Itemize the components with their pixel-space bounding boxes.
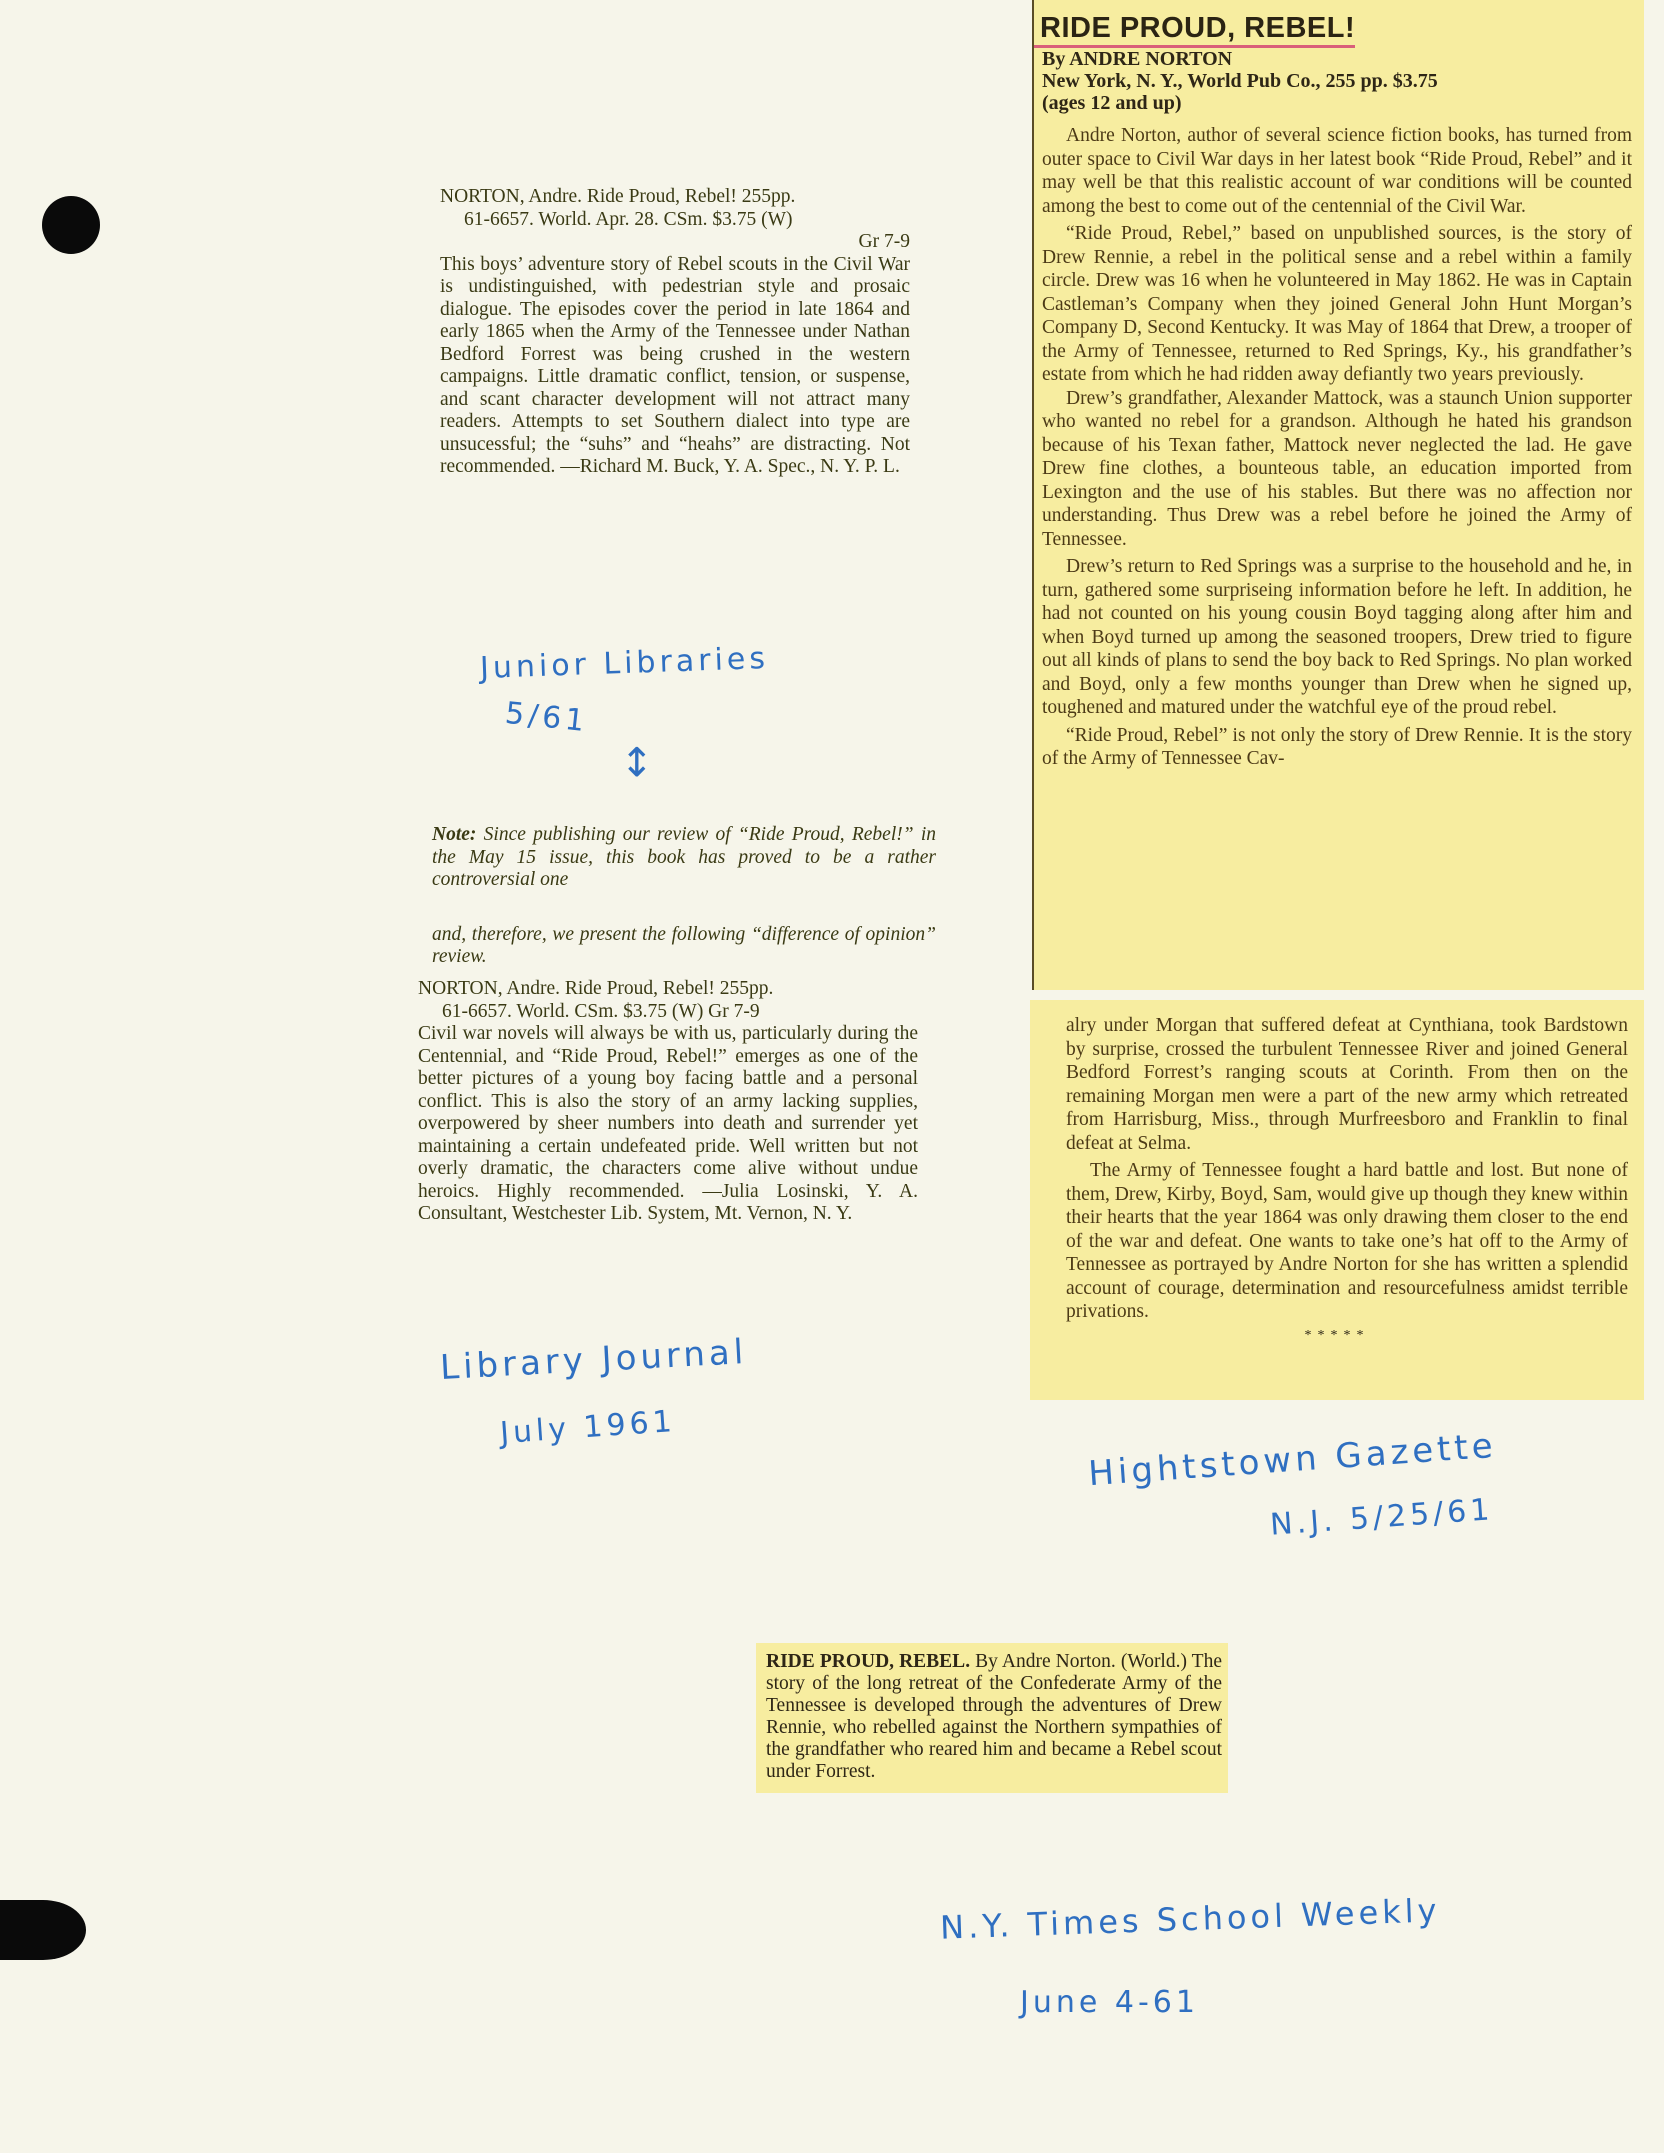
gazette-byline: By ANDRE NORTON: [1034, 48, 1644, 70]
review-catalog-line: 61-6657. World. Apr. 28. CSm. $3.75 (W): [440, 209, 910, 232]
gazette-title: RIDE PROUD, REBEL!: [1034, 0, 1355, 48]
review-heading: NORTON, Andre. Ride Proud, Rebel! 255pp.: [418, 978, 918, 1001]
handwritten-source-junior-libraries: Junior Libraries: [479, 641, 769, 686]
handwritten-source-nyt: N.Y. Times School Weekly: [939, 1891, 1441, 1946]
nyt-clipping: RIDE PROUD, REBEL. By Andre Norton. (Wor…: [756, 1643, 1228, 1793]
handwritten-date-nyt: June 4-61: [1020, 1985, 1199, 2020]
end-mark: *****: [1030, 1328, 1644, 1344]
gazette-paragraph: alry under Morgan that suffered defeat a…: [1066, 1014, 1628, 1155]
library-journal-review-2: NORTON, Andre. Ride Proud, Rebel! 255pp.…: [418, 978, 918, 1226]
handwritten-source-gazette: Hightstown Gazette: [1087, 1426, 1498, 1494]
handwritten-date-gazette: N.J. 5/25/61: [1269, 1492, 1494, 1543]
grade-level: Gr 7-9: [440, 231, 910, 254]
review-body: Civil war novels will always be with us,…: [418, 1023, 918, 1226]
gazette-clipping: RIDE PROUD, REBEL! By ANDRE NORTON New Y…: [1032, 0, 1644, 990]
note-continuation: and, therefore, we present the following…: [432, 924, 936, 969]
gazette-paragraph: “Ride Proud, Rebel,” based on unpublishe…: [1042, 222, 1632, 387]
gazette-paragraph: “Ride Proud, Rebel” is not only the stor…: [1042, 724, 1632, 771]
review-catalog-line: 61-6657. World. CSm. $3.75 (W) Gr 7-9: [418, 1001, 918, 1024]
binder-hole-top: [42, 196, 100, 254]
gazette-paragraph: Drew’s grandfather, Alexander Mattock, w…: [1042, 387, 1632, 552]
gazette-paragraph: Drew’s return to Red Springs was a surpr…: [1042, 555, 1632, 720]
review-body: This boys’ adventure story of Rebel scou…: [440, 254, 910, 479]
review-heading: NORTON, Andre. Ride Proud, Rebel! 255pp.: [440, 186, 910, 209]
handwritten-date-junior-libraries: 5/61: [503, 696, 590, 740]
editor-note: Note: Since publishing our review of “Ri…: [432, 824, 936, 969]
library-journal-review-1: NORTON, Andre. Ride Proud, Rebel! 255pp.…: [440, 186, 910, 479]
binder-hole-bottom: [0, 1900, 86, 1960]
nyt-headline: RIDE PROUD, REBEL.: [766, 1651, 970, 1672]
note-text: Since publishing our review of “Ride Pro…: [432, 824, 936, 890]
gazette-publisher: New York, N. Y., World Pub Co., 255 pp. …: [1034, 70, 1644, 92]
gazette-ages: (ages 12 and up): [1034, 92, 1644, 114]
gazette-body: Andre Norton, author of several science …: [1034, 124, 1644, 771]
double-arrow-icon: ↕: [620, 740, 658, 786]
gazette-paragraph: The Army of Tennessee fought a hard batt…: [1066, 1159, 1628, 1324]
handwritten-date-library-journal: July 1961: [499, 1404, 677, 1451]
gazette-body-continued: alry under Morgan that suffered defeat a…: [1030, 1000, 1644, 1324]
handwritten-source-library-journal: Library Journal: [439, 1332, 748, 1388]
note-label: Note:: [432, 824, 476, 845]
gazette-clipping-continued: alry under Morgan that suffered defeat a…: [1030, 1000, 1644, 1400]
gazette-paragraph: Andre Norton, author of several science …: [1042, 124, 1632, 218]
